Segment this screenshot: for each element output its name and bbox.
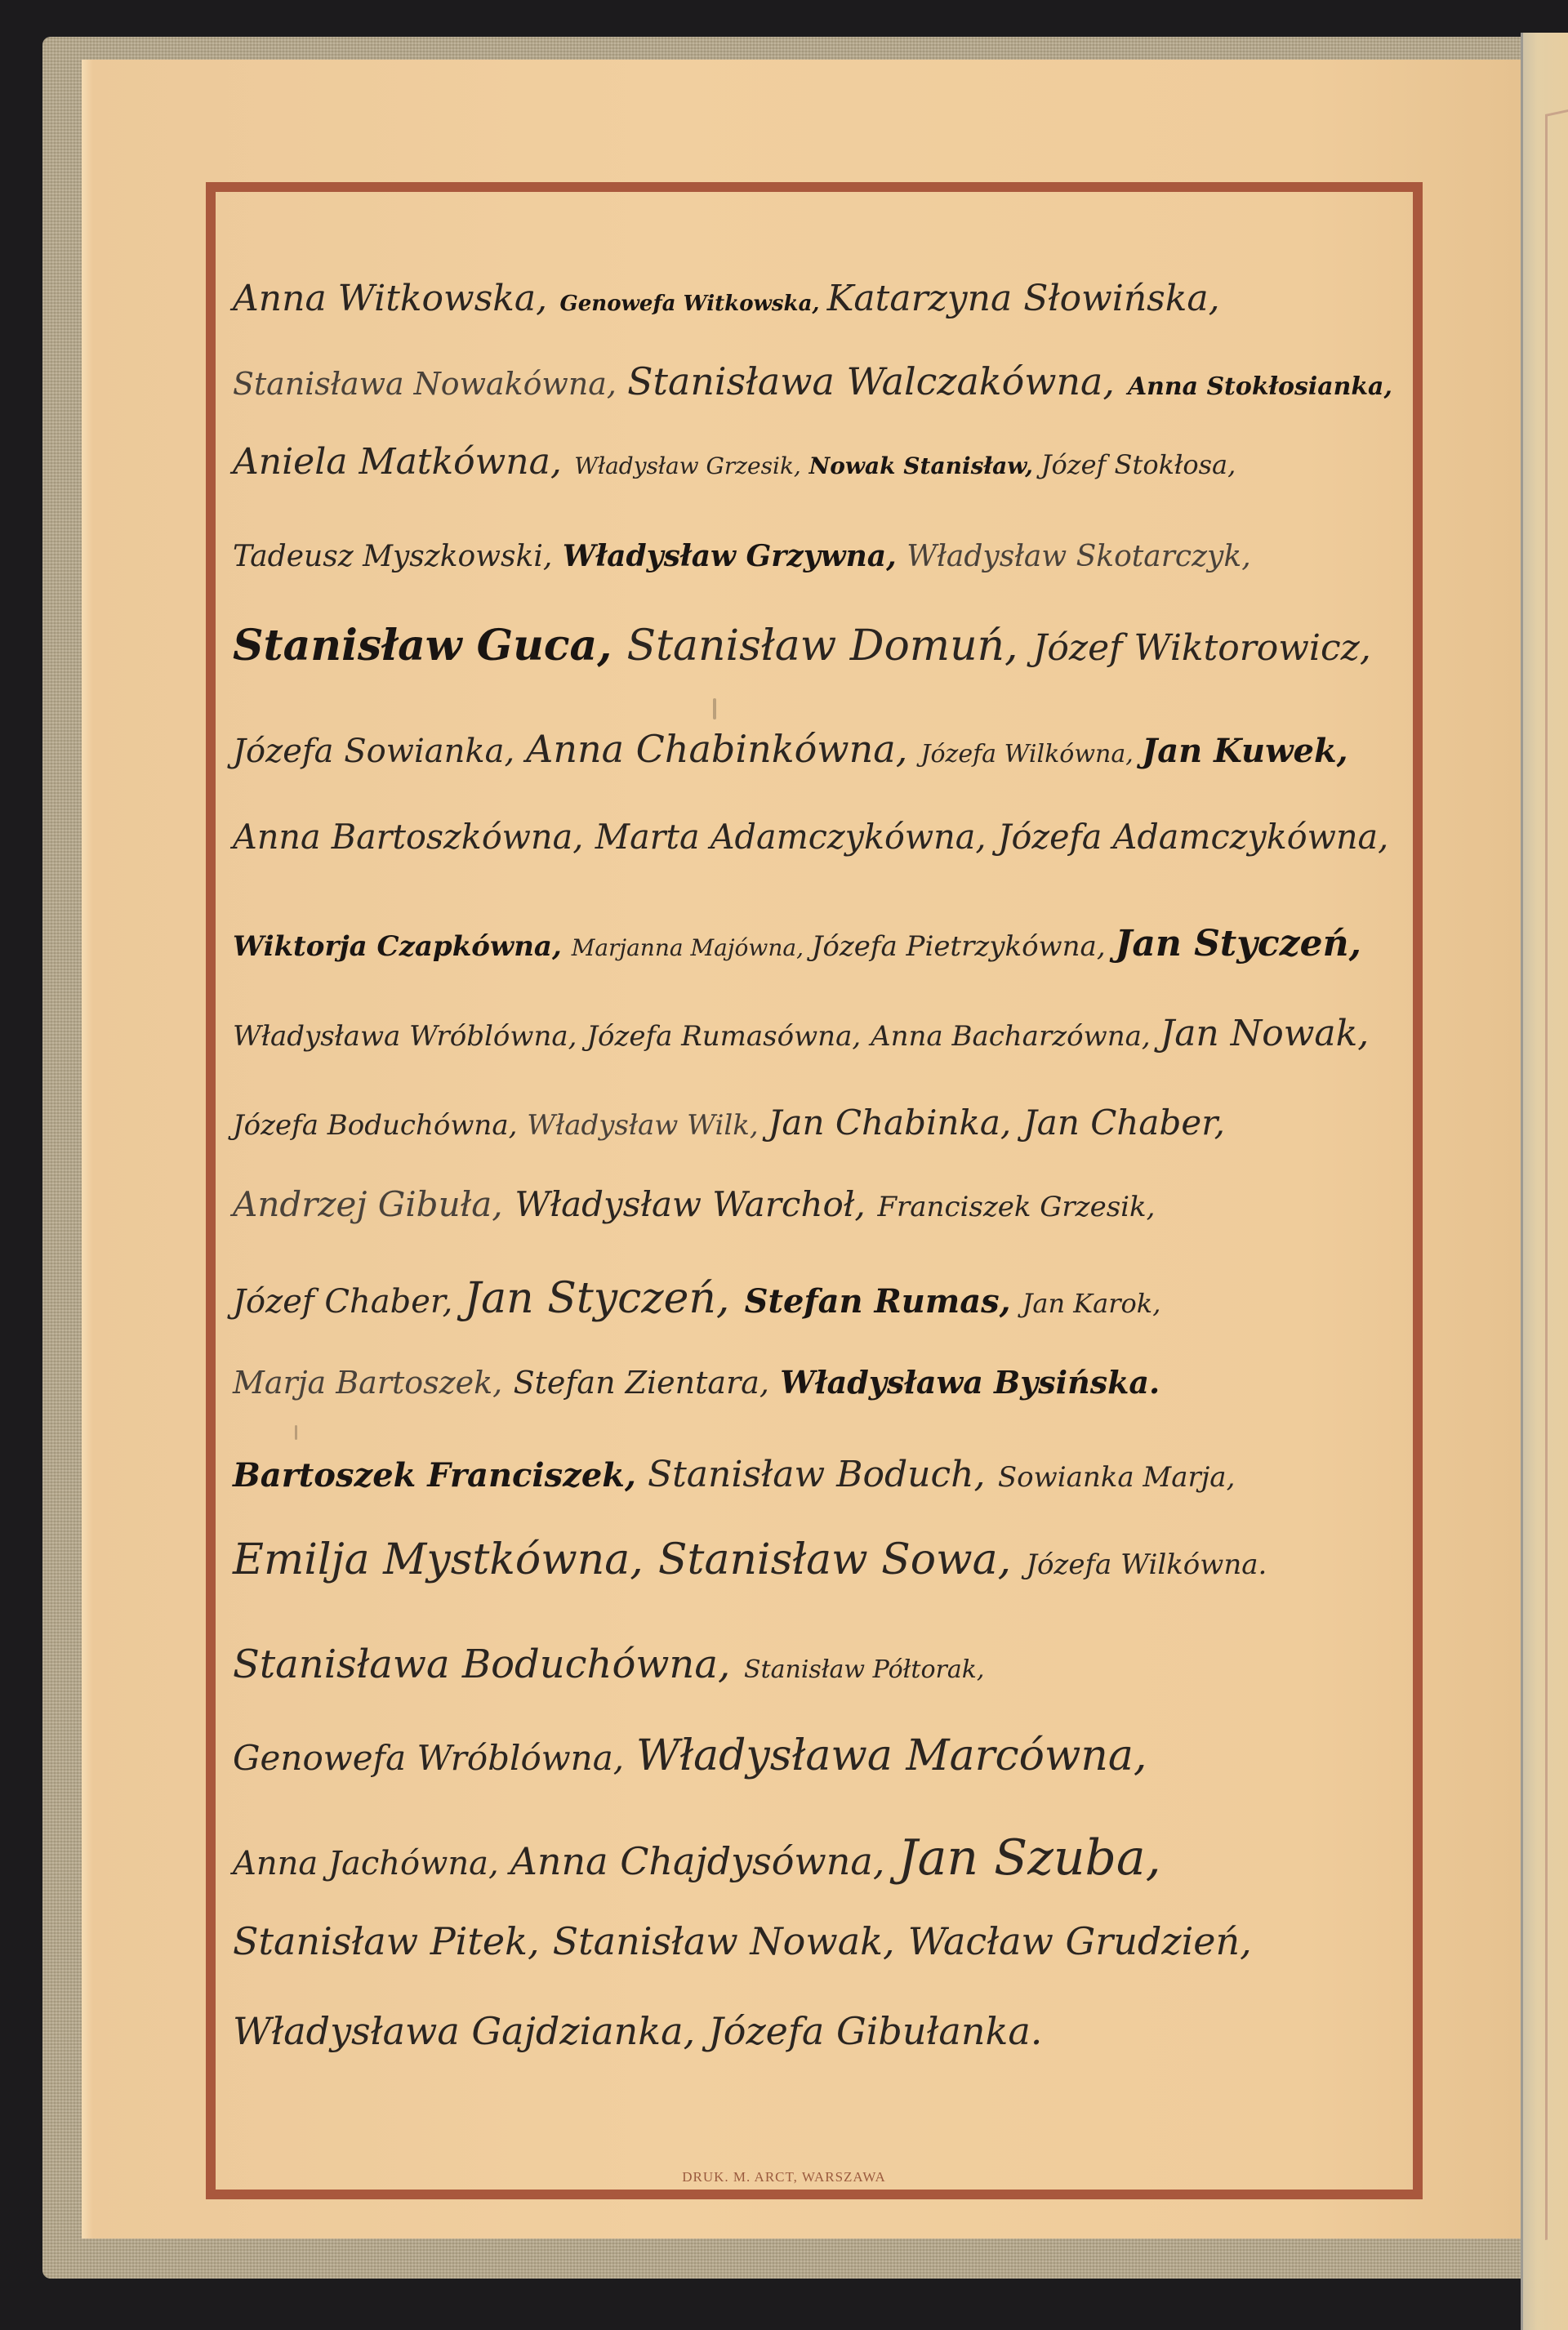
signature-line: Marja Bartoszek,Stefan Zientara,Władysła… — [233, 1364, 1171, 1401]
signature-line: Anna Witkowska,Genowefa Witkowska,Katarz… — [233, 278, 1232, 319]
signature-name: Józef Chaber, — [233, 1283, 452, 1321]
signature-name: Władysława Bysińska. — [780, 1364, 1160, 1401]
signature-name: Franciszek Grzesik, — [877, 1191, 1155, 1223]
signature-name: Stanisław Guca, — [233, 621, 612, 670]
signature-line: Bartoszek Franciszek,Stanisław Boduch,So… — [233, 1454, 1245, 1495]
signature-name: Władysław Grzywna, — [563, 539, 897, 573]
signature-name: Genowefa Wróblówna, — [233, 1738, 624, 1778]
signature-name: Anna Jachówna, — [233, 1845, 499, 1882]
signature-name: Andrzej Gibuła, — [233, 1184, 503, 1224]
signature-name: Stanisław Boduch, — [648, 1454, 986, 1495]
signature-name: Józefa Pietrzykówna, — [812, 930, 1106, 963]
signature-line: Stanisława Boduchówna,Stanisław Półtorak… — [233, 1642, 993, 1687]
signature-name: Anna Chabinkówna, — [526, 727, 907, 771]
signature-name: Stanisława Boduchówna, — [233, 1642, 730, 1687]
signature-name: Stefan Zientara, — [514, 1365, 769, 1401]
signature-name: Stanisław Półtorak, — [744, 1655, 984, 1684]
signature-name: Józefa Boduchówna, — [233, 1109, 517, 1142]
signature-line: Józefa Boduchówna,Władysław Wilk,Jan Cha… — [233, 1103, 1237, 1143]
signature-name: Jan Chabinka, — [768, 1103, 1012, 1143]
signature-name: Tadeusz Myszkowski, — [233, 540, 552, 573]
signature-name: Józefa Wilkówna. — [1026, 1548, 1267, 1581]
ink-smudge — [713, 698, 716, 719]
page-edge — [82, 60, 93, 2239]
signature-name: Stefan Rumas, — [745, 1282, 1011, 1321]
signature-name: Jan Nowak, — [1160, 1013, 1370, 1054]
signature-name: Jan Styczeń, — [464, 1274, 729, 1323]
signature-line: Władysława Gajdzianka,Józefa Gibułanka. — [233, 2009, 1056, 2053]
signature-name: Marta Adamczykówna, — [595, 817, 987, 857]
signature-name: Władysław Skotarczyk, — [906, 540, 1250, 573]
signature-name: Jan Styczeń, — [1116, 923, 1361, 965]
signature-name: Stanisława Nowakówna, — [233, 366, 617, 402]
facing-page-frame — [1545, 107, 1568, 2240]
signature-line: Tadeusz Myszkowski,Władysław Grzywna,Wła… — [233, 539, 1261, 573]
signature-name: Wiktorja Czapkówna, — [233, 930, 562, 963]
signature-name: Stanisława Walczakówna, — [627, 359, 1115, 403]
signature-line: Stanisław Guca,Stanisław Domuń,Józef Wik… — [233, 621, 1383, 670]
signature-line: Wiktorja Czapkówna,Marjanna Majówna,Józe… — [233, 923, 1374, 965]
signature-line: Anna Bartoszkówna,Marta Adamczykówna,Józ… — [233, 817, 1401, 857]
printer-imprint: DRUK. M. ARCT, WARSZAWA — [0, 2169, 1568, 2185]
signature-line: Józefa Sowianka,Anna Chabinkówna,Józefa … — [233, 727, 1360, 771]
signature-line: Aniela Matkówna,Władysław Grzesik,Nowak … — [233, 441, 1245, 483]
signature-name: Stanisław Sowa, — [658, 1535, 1011, 1584]
signature-name: Anna Bacharzówna, — [871, 1020, 1151, 1053]
signature-name: Anna Witkowska, — [233, 278, 547, 319]
signature-name: Józefa Gibułanka. — [708, 2009, 1042, 2053]
signature-name: Anna Chajdysówna, — [510, 1839, 885, 1883]
signature-line: Anna Jachówna,Anna Chajdysówna,Jan Szuba… — [233, 1829, 1178, 1887]
signature-name: Marjanna Majówna, — [572, 934, 804, 961]
signature-name: Józefa Sowianka, — [233, 733, 514, 770]
signature-name: Katarzyna Słowińska, — [827, 278, 1220, 319]
signature-name: Wacław Grudzień, — [908, 1919, 1252, 1963]
signature-name: Stanisław Domuń, — [627, 621, 1018, 670]
signature-name: Władysław Grzesik, — [574, 452, 801, 479]
signature-line: Andrzej Gibuła,Władysław Warchoł,Francis… — [233, 1184, 1165, 1224]
signature-line: Emilja Mystkówna,Stanisław Sowa,Józefa W… — [233, 1535, 1276, 1584]
signature-line: Józef Chaber,Jan Styczeń,Stefan Rumas,Ja… — [233, 1274, 1170, 1323]
signature-name: Anna Stokłosianka, — [1128, 372, 1392, 401]
signature-name: Józefa Rumasówna, — [586, 1020, 861, 1053]
signature-name: Władysława Gajdzianka, — [233, 2009, 695, 2053]
signature-name: Nowak Stanisław, — [809, 452, 1033, 479]
signature-name: Władysław Wilk, — [527, 1109, 758, 1142]
signature-name: Anna Bartoszkówna, — [233, 817, 583, 857]
signature-line: Stanisława Nowakówna,Stanisława Walczakó… — [233, 359, 1401, 403]
signature-name: Marja Bartoszek, — [233, 1365, 502, 1401]
signature-name: Emilja Mystkówna, — [233, 1535, 644, 1584]
signature-name: Jan Kuwek, — [1142, 732, 1347, 770]
signature-name: Józefa Adamczykówna, — [998, 817, 1388, 857]
signature-name: Józefa Wilkówna, — [920, 740, 1133, 768]
signature-name: Jan Chaber, — [1023, 1103, 1225, 1143]
signature-name: Władysław Warchoł, — [514, 1184, 865, 1224]
signature-name: Jan Szuba, — [898, 1829, 1161, 1887]
signature-name: Stanisław Nowak, — [553, 1919, 895, 1963]
signature-line: Stanisław Pitek,Stanisław Nowak,Wacław G… — [233, 1919, 1265, 1963]
signature-name: Władysława Wróblówna, — [233, 1020, 577, 1053]
ink-dot — [295, 1425, 297, 1440]
signature-name: Jan Karok, — [1022, 1288, 1161, 1319]
signature-name: Bartoszek Franciszek, — [233, 1456, 636, 1495]
signature-line: Władysława Wróblówna,Józefa Rumasówna,An… — [233, 1013, 1382, 1054]
signature-name: Sowianka Marja, — [998, 1461, 1236, 1494]
signature-name: Genowefa Witkowska, — [560, 292, 820, 316]
signature-name: Stanisław Pitek, — [233, 1919, 540, 1963]
signature-name: Władysława Marcówna, — [636, 1731, 1147, 1780]
signature-line: Genowefa Wróblówna,Władysława Marcówna, — [233, 1731, 1162, 1780]
signature-name: Józef Stokłosa, — [1041, 449, 1236, 480]
signature-name: Aniela Matkówna, — [233, 441, 562, 483]
signature-name: Józef Wiktorowicz, — [1033, 627, 1371, 669]
